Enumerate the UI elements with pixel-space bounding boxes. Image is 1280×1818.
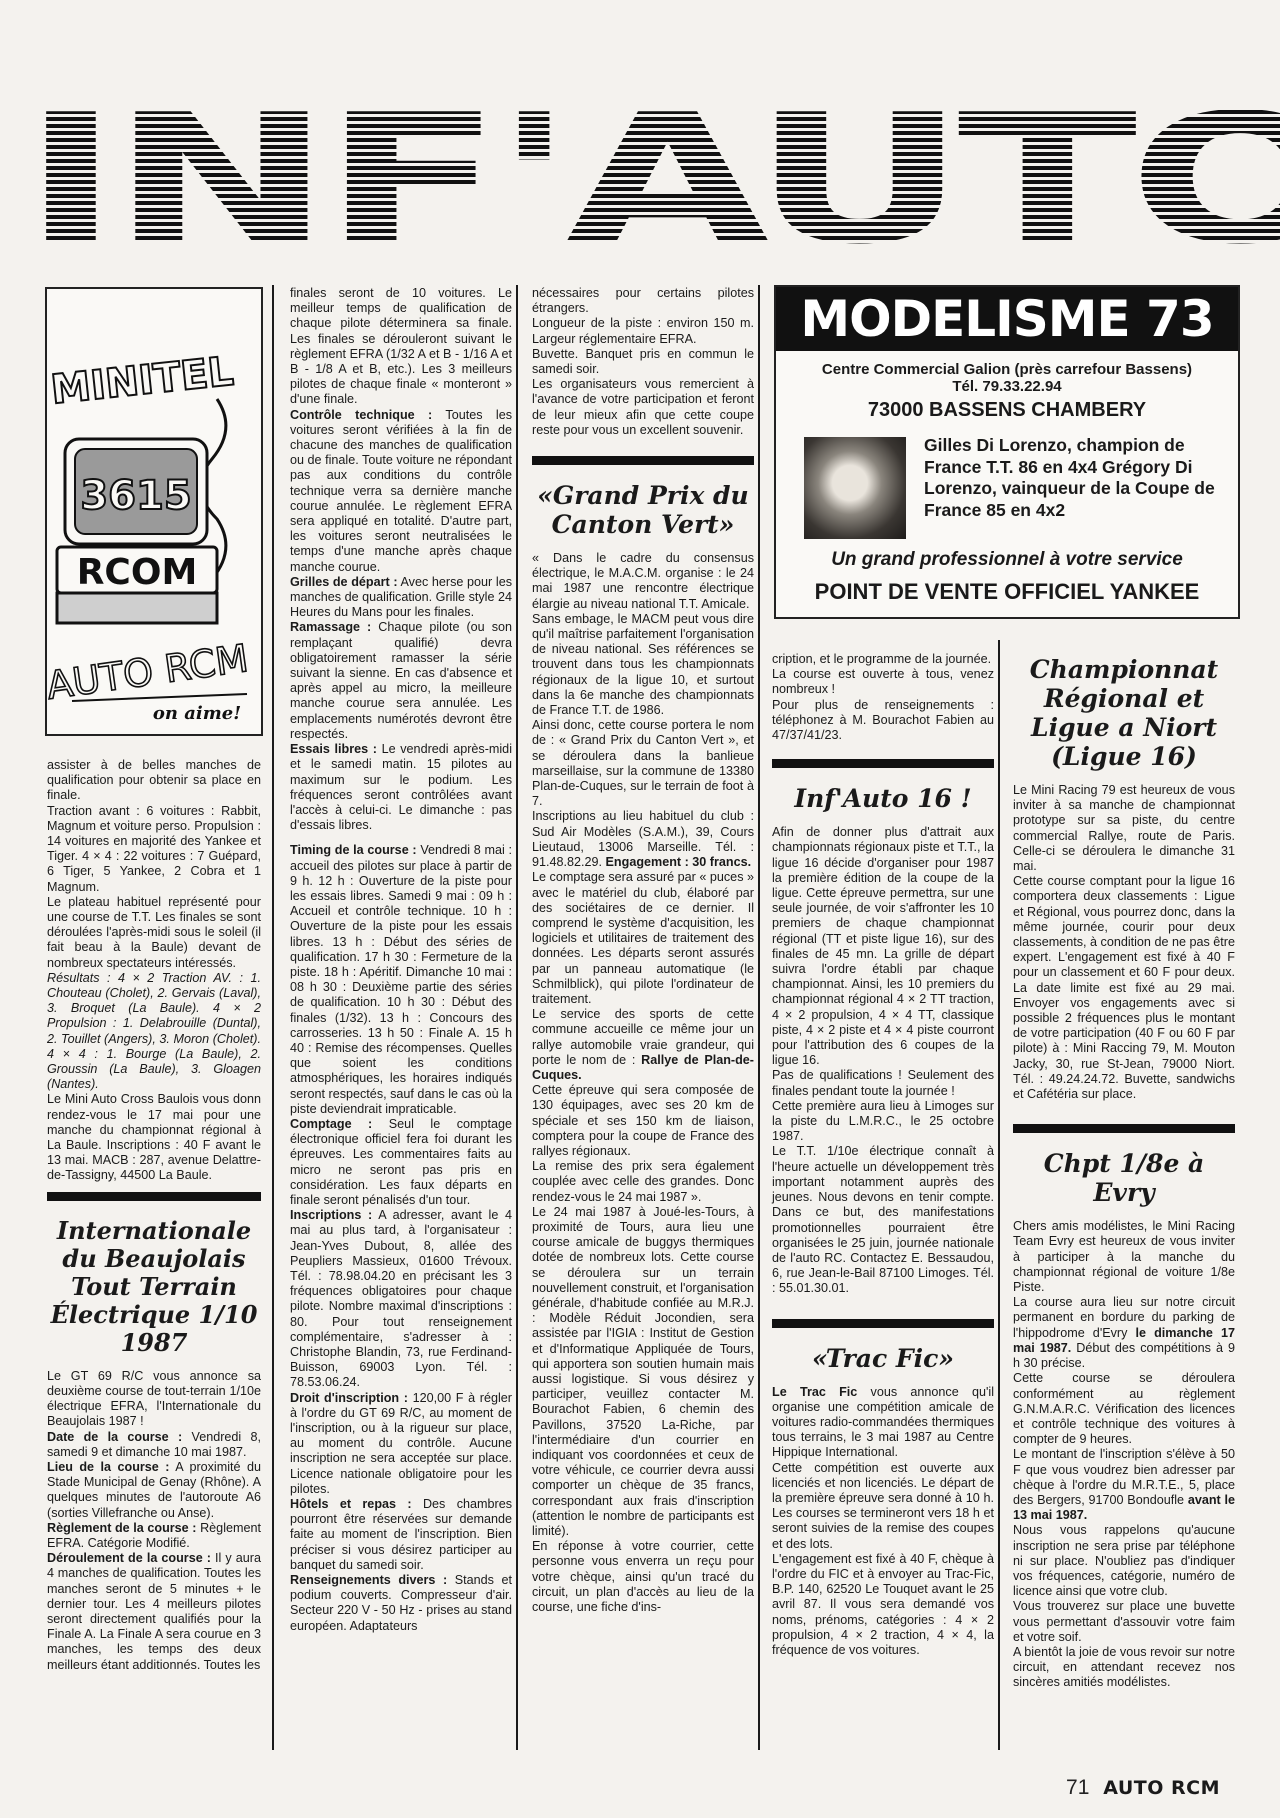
minitel-ad: MINITEL 3615 RCOM AUTO RCM on aime! bbox=[45, 287, 263, 736]
minitel-illustration-icon: MINITEL 3615 RCOM AUTO RCM on aime! bbox=[47, 289, 261, 734]
paragraph: Le comptage sera assuré par « puces » av… bbox=[532, 870, 754, 1007]
section-label: Hôtels et repas : bbox=[290, 1497, 412, 1511]
section-divider bbox=[772, 759, 994, 768]
section-label: Déroulement de la course : bbox=[47, 1551, 211, 1565]
ad-banner: MODELISME 73 bbox=[776, 287, 1238, 351]
section-label: Ramassage : bbox=[290, 620, 371, 634]
section-label: Règlement de la course : bbox=[47, 1521, 196, 1535]
paragraph: La course est ouverte à tous, venez nomb… bbox=[772, 667, 994, 697]
paragraph: Cette course comptant pour la ligue 16 c… bbox=[1013, 874, 1235, 1102]
article-headline: Chpt 1/8e à Evry bbox=[1013, 1149, 1235, 1207]
paragraph: Le 24 mai 1987 à Joué-les-Tours, à proxi… bbox=[532, 1205, 754, 1539]
paragraph: Le Trac Fic vous annonce qu'il organise … bbox=[772, 1385, 994, 1461]
paragraph: La course aura lieu sur notre circuit pe… bbox=[1013, 1295, 1235, 1371]
paragraph: cription, et le programme de la journée. bbox=[772, 652, 994, 667]
paragraph: assister à de belles manches de qualific… bbox=[47, 758, 261, 804]
column-3: nécessaires pour certains pilotes étrang… bbox=[532, 286, 754, 1615]
article-headline: «Trac Fic» bbox=[772, 1344, 994, 1373]
section: Timing de la course : Vendredi 8 mai : a… bbox=[290, 843, 512, 1117]
column-2: finales seront de 10 voitures. Le meille… bbox=[290, 286, 512, 1634]
section: Hôtels et repas : Des chambres pourront … bbox=[290, 1497, 512, 1573]
minitel-code-text: 3615 bbox=[80, 473, 191, 519]
section-divider bbox=[772, 1319, 994, 1328]
section-label: Droit d'inscription : bbox=[290, 1391, 408, 1405]
paragraph: A bientôt la joie de vous revoir sur not… bbox=[1013, 1645, 1235, 1691]
paragraph: Le service des sports de cette commune a… bbox=[532, 1007, 754, 1083]
column-rule bbox=[272, 285, 274, 1750]
ad-footer: POINT DE VENTE OFFICIEL YANKEE bbox=[776, 579, 1238, 605]
column-rule bbox=[998, 640, 1000, 1750]
paragraph: Le T.T. 1/10e électrique connaît à l'heu… bbox=[772, 1144, 994, 1296]
section-divider bbox=[47, 1192, 261, 1201]
minitel-brand-text: MINITEL bbox=[49, 349, 236, 414]
magazine-name: AUTO RCM bbox=[1103, 1777, 1220, 1799]
article-headline: Championnat Régional et Ligue a Niort (L… bbox=[1013, 655, 1235, 771]
paragraph: Le GT 69 R/C vous annonce sa deuxième co… bbox=[47, 1369, 261, 1430]
section-label: Timing de la course : bbox=[290, 843, 417, 857]
paragraph: Longueur de la piste : environ 150 m. La… bbox=[532, 316, 754, 346]
masthead: INF'AUTO bbox=[22, 110, 1222, 250]
section-label: Essais libres : bbox=[290, 742, 377, 756]
paragraph: Inscriptions au lieu habituel du club : … bbox=[532, 809, 754, 870]
section-divider bbox=[1013, 1124, 1235, 1133]
champion-photo bbox=[804, 437, 906, 539]
section: Grilles de départ : Avec herse pour les … bbox=[290, 575, 512, 621]
section: Date de la course : Vendredi 8, samedi 9… bbox=[47, 1430, 261, 1460]
column-1: assister à de belles manches de qualific… bbox=[47, 758, 261, 1673]
ad-address: Centre Commercial Galion (près carrefour… bbox=[776, 361, 1238, 378]
section: Contrôle technique : Toutes les voitures… bbox=[290, 408, 512, 575]
section: Règlement de la course : Règlement EFRA.… bbox=[47, 1521, 261, 1551]
section: Renseignements divers : Stands et podium… bbox=[290, 1573, 512, 1634]
article-headline: Inf'Auto 16 ! bbox=[772, 784, 994, 813]
masthead-title: INF'AUTO bbox=[22, 110, 1280, 250]
section-label: Inscriptions : bbox=[290, 1208, 372, 1222]
ad-champions: Gilles Di Lorenzo, champion de France T.… bbox=[924, 435, 1224, 521]
section-label: Contrôle technique : bbox=[290, 408, 432, 422]
section-label: Comptage : bbox=[290, 1117, 372, 1131]
minitel-tagline-text: on aime! bbox=[153, 703, 241, 724]
section: Droit d'inscription : 120,00 F à régler … bbox=[290, 1391, 512, 1497]
column-rule bbox=[758, 285, 760, 1750]
section-divider bbox=[532, 456, 754, 465]
article-headline: «Grand Prix du Canton Vert» bbox=[532, 481, 754, 539]
paragraph: Vous trouverez sur place une buvette vou… bbox=[1013, 1599, 1235, 1645]
paragraph: Traction avant : 6 voitures : Rabbit, Ma… bbox=[47, 804, 261, 895]
modelisme-ad: MODELISME 73 Centre Commercial Galion (p… bbox=[774, 285, 1240, 619]
paragraph: L'engagement est fixé à 40 F, chèque à l… bbox=[772, 1552, 994, 1658]
paragraph: Nous vous rappelons qu'aucune inscriptio… bbox=[1013, 1523, 1235, 1599]
paragraph: Le Mini Auto Cross Baulois vous donn ren… bbox=[47, 1092, 261, 1183]
paragraph: Chers amis modélistes, le Mini Racing Te… bbox=[1013, 1219, 1235, 1295]
paragraph: En réponse à votre courrier, cette perso… bbox=[532, 1539, 754, 1615]
section: Lieu de la course : A proximité du Stade… bbox=[47, 1460, 261, 1521]
section: Ramassage : Chaque pilote (ou son rempla… bbox=[290, 620, 512, 742]
minitel-service-text: RCOM bbox=[77, 552, 198, 593]
page-footer: 71 AUTO RCM bbox=[1066, 1776, 1220, 1800]
paragraph: « Dans le cadre du consensus électrique,… bbox=[532, 551, 754, 612]
paragraph: Cette course se déroulera conformément a… bbox=[1013, 1371, 1235, 1447]
paragraph: Le Mini Racing 79 est heureux de vous in… bbox=[1013, 783, 1235, 874]
paragraph: Les organisateurs vous remercient à l'av… bbox=[532, 377, 754, 438]
section: Comptage : Seul le comptage électronique… bbox=[290, 1117, 512, 1208]
paragraph: nécessaires pour certains pilotes étrang… bbox=[532, 286, 754, 316]
paragraph: La remise des prix sera également couplé… bbox=[532, 1159, 754, 1205]
ad-slogan: Un grand professionnel à votre service bbox=[776, 549, 1238, 571]
ad-city: 73000 BASSENS CHAMBERY bbox=[776, 399, 1238, 422]
paragraph: Ainsi donc, cette course portera le nom … bbox=[532, 718, 754, 809]
section-label: Date de la course : bbox=[47, 1430, 182, 1444]
article-headline: Internationale du Beaujolais Tout Terrai… bbox=[47, 1217, 261, 1357]
paragraph: Le montant de l'inscription s'élève à 50… bbox=[1013, 1447, 1235, 1523]
column-5: Championnat Régional et Ligue a Niort (L… bbox=[1013, 655, 1235, 1691]
paragraph: Sans embage, le MACM peut vous dire qu'i… bbox=[532, 612, 754, 718]
section: Essais libres : Le vendredi après-midi e… bbox=[290, 742, 512, 833]
column-rule bbox=[516, 285, 518, 1750]
page-number: 71 bbox=[1066, 1776, 1089, 1799]
paragraph: Pour plus de renseignements : téléphonez… bbox=[772, 698, 994, 744]
paragraph: Le plateau habituel représenté pour une … bbox=[47, 895, 261, 971]
section-label: Grilles de départ : bbox=[290, 575, 398, 589]
results-paragraph: Résultats : 4 × 2 Traction AV. : 1. Chou… bbox=[47, 971, 261, 1093]
paragraph: Buvette. Banquet pris en commun le samed… bbox=[532, 347, 754, 377]
ad-phone: Tél. 79.33.22.94 bbox=[776, 378, 1238, 395]
section: Inscriptions : A adresser, avant le 4 ma… bbox=[290, 1208, 512, 1390]
column-4: cription, et le programme de la journée.… bbox=[772, 652, 994, 1658]
paragraph: finales seront de 10 voitures. Le meille… bbox=[290, 286, 512, 408]
paragraph: Cette première aura lieu à Limoges sur l… bbox=[772, 1099, 994, 1145]
section-label: Renseignements divers : bbox=[290, 1573, 447, 1587]
paragraph: Afin de donner plus d'attrait aux champi… bbox=[772, 825, 994, 1068]
section: Déroulement de la course : Il y aura 4 m… bbox=[47, 1551, 261, 1673]
section-label: Lieu de la course : bbox=[47, 1460, 169, 1474]
paragraph: Cette compétition est ouverte aux licenc… bbox=[772, 1461, 994, 1552]
paragraph: Cette épreuve qui sera composée de 130 é… bbox=[532, 1083, 754, 1159]
paragraph: Pas de qualifications ! Seulement des fi… bbox=[772, 1068, 994, 1098]
